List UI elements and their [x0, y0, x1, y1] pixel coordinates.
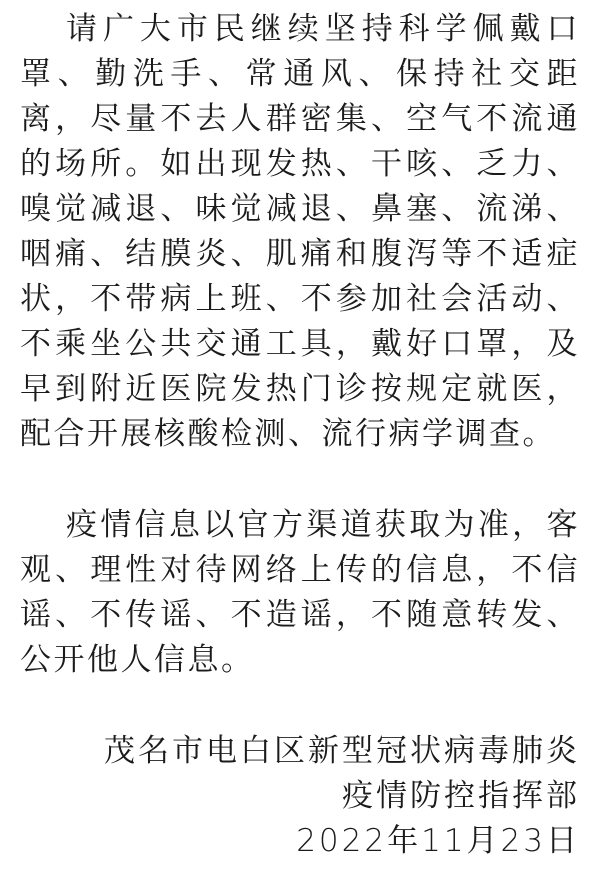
- paragraph-information-advice: 疫情信息以官方渠道获取为准，客 观、理性对待网络上传的信息，不信 谣、不传谣、不…: [20, 503, 580, 683]
- signature-org-line2: 疫情防控指挥部: [20, 774, 580, 819]
- notice-text-line: 早到附近医院发热门诊按规定就医，: [20, 367, 580, 412]
- notice-text-line: 咽痛、结膜炎、肌痛和腹泻等不适症: [20, 232, 580, 277]
- paragraph-prevention-advice: 请广大市民继续坚持科学佩戴口 罩、勤洗手、常通风、保持社交距 离，尽量不去人群密…: [20, 7, 580, 457]
- notice-text-line: 公开他人信息。: [20, 638, 580, 683]
- notice-document: 请广大市民继续坚持科学佩戴口 罩、勤洗手、常通风、保持社交距 离，尽量不去人群密…: [0, 0, 600, 864]
- notice-text-line: 配合开展核酸检测、流行病学调查。: [20, 412, 580, 457]
- notice-text-line: 疫情信息以官方渠道获取为准，客: [20, 503, 580, 548]
- signature-org-line1: 茂名市电白区新型冠状病毒肺炎: [20, 729, 580, 774]
- notice-text-line: 请广大市民继续坚持科学佩戴口: [20, 7, 580, 52]
- notice-text-line: 嗅觉减退、味觉减退、鼻塞、流涕、: [20, 187, 580, 232]
- notice-text-line: 罩、勤洗手、常通风、保持社交距: [20, 52, 580, 97]
- notice-text-line: 不乘坐公共交通工具，戴好口罩，及: [20, 322, 580, 367]
- notice-text-line: 的场所。如出现发热、干咳、乏力、: [20, 142, 580, 187]
- notice-text-line: 离，尽量不去人群密集、空气不流通: [20, 97, 580, 142]
- signature-date: 2022年11月23日: [20, 819, 580, 864]
- paragraph-spacer: [20, 457, 580, 503]
- notice-text-line: 观、理性对待网络上传的信息，不信: [20, 548, 580, 593]
- signature-block: 茂名市电白区新型冠状病毒肺炎 疫情防控指挥部 2022年11月23日: [20, 729, 580, 864]
- notice-text-line: 谣、不传谣、不造谣，不随意转发、: [20, 593, 580, 638]
- notice-text-line: 状，不带病上班、不参加社会活动、: [20, 277, 580, 322]
- paragraph-spacer: [20, 683, 580, 729]
